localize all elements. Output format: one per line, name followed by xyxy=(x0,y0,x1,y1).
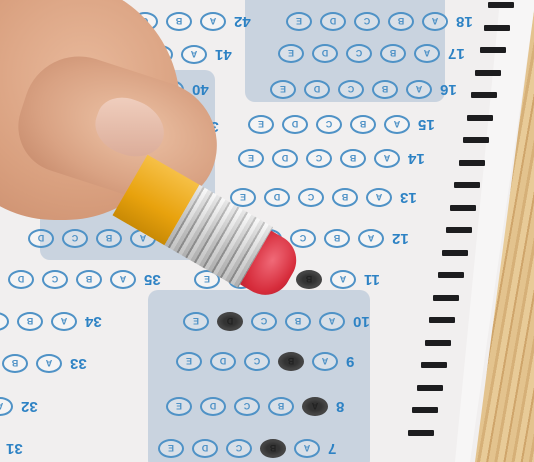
answer-bubble-e[interactable]: E xyxy=(286,12,312,31)
answer-bubble-c[interactable]: C xyxy=(226,439,252,458)
answer-bubble-a[interactable]: A xyxy=(0,397,13,416)
answer-bubble-b[interactable]: B xyxy=(332,188,358,207)
answer-bubble-c[interactable]: C xyxy=(251,312,277,331)
timing-mark xyxy=(484,25,510,31)
answer-bubble-b[interactable]: B xyxy=(17,312,43,331)
answer-bubble-b[interactable]: B xyxy=(350,115,376,134)
answer-bubble-d[interactable]: D xyxy=(200,397,226,416)
answer-bubble-b[interactable]: B xyxy=(372,80,398,99)
question-row-13: 13ABCDE xyxy=(222,188,422,207)
answer-bubble-b[interactable]: B xyxy=(380,44,406,63)
answer-bubble-b[interactable]: B xyxy=(296,270,322,289)
question-row-32: 32AB xyxy=(0,397,43,416)
timing-mark xyxy=(433,295,459,301)
answer-bubble-e[interactable]: E xyxy=(248,115,274,134)
timing-mark xyxy=(442,250,468,256)
timing-mark xyxy=(438,272,464,278)
answer-bubble-b[interactable]: B xyxy=(260,439,286,458)
answer-bubble-a[interactable]: A xyxy=(374,149,400,168)
question-number: 8 xyxy=(336,398,358,415)
answer-bubble-d[interactable]: D xyxy=(210,352,236,371)
question-number: 13 xyxy=(400,189,422,206)
answer-bubble-a[interactable]: A xyxy=(366,188,392,207)
timing-mark xyxy=(471,92,497,98)
question-number: 40 xyxy=(192,81,214,98)
answer-bubble-d[interactable]: D xyxy=(320,12,346,31)
question-number: 32 xyxy=(21,398,43,415)
answer-bubble-c[interactable]: C xyxy=(244,352,270,371)
question-row-7: 7ABCDE xyxy=(150,439,350,458)
timing-mark xyxy=(425,340,451,346)
answer-bubble-c[interactable]: C xyxy=(354,12,380,31)
answer-bubble-b[interactable]: B xyxy=(96,229,122,248)
question-number: 17 xyxy=(448,45,470,62)
timing-mark xyxy=(467,115,493,121)
answer-bubble-a[interactable]: A xyxy=(51,312,77,331)
question-number: 14 xyxy=(408,150,430,167)
timing-mark xyxy=(480,47,506,53)
answer-bubble-a[interactable]: A xyxy=(312,352,338,371)
timing-mark xyxy=(475,70,501,76)
question-row-31: 31AB xyxy=(0,439,28,458)
question-number: 34 xyxy=(85,313,107,330)
answer-bubble-d[interactable]: D xyxy=(28,229,54,248)
photo-scene: 18ABCDE17ABCDE16ABCDE15ABCDE14ABCDE13ABC… xyxy=(0,0,534,462)
timing-mark xyxy=(488,2,514,8)
question-number: 11 xyxy=(364,271,386,288)
question-row-35: 35ABCD xyxy=(0,270,166,289)
answer-bubble-c[interactable]: C xyxy=(338,80,364,99)
answer-bubble-b[interactable]: B xyxy=(324,229,350,248)
answer-bubble-a[interactable]: A xyxy=(358,229,384,248)
question-number: 15 xyxy=(418,116,440,133)
timing-mark xyxy=(450,205,476,211)
answer-bubble-a[interactable]: A xyxy=(294,439,320,458)
answer-bubble-d[interactable]: D xyxy=(8,270,34,289)
timing-mark xyxy=(446,227,472,233)
timing-mark xyxy=(454,182,480,188)
question-number: 33 xyxy=(70,355,92,372)
question-row-17: 17ABCDE xyxy=(270,44,470,63)
answer-bubble-e[interactable]: E xyxy=(278,44,304,63)
answer-bubble-b[interactable]: B xyxy=(76,270,102,289)
question-row-14: 14ABCDE xyxy=(230,149,430,168)
answer-bubble-a[interactable]: A xyxy=(181,45,207,64)
question-number: 42 xyxy=(234,13,256,30)
question-row-18: 18ABCDE xyxy=(278,12,478,31)
question-number: 12 xyxy=(392,230,414,247)
answer-bubble-c[interactable]: C xyxy=(316,115,342,134)
answer-bubble-b[interactable]: B xyxy=(388,12,414,31)
timing-mark xyxy=(421,362,447,368)
question-number: 10 xyxy=(353,313,375,330)
timing-mark xyxy=(463,137,489,143)
answer-bubble-d[interactable]: D xyxy=(217,312,243,331)
question-row-34: 34ABC xyxy=(0,312,107,331)
answer-bubble-c[interactable]: C xyxy=(42,270,68,289)
answer-bubble-c[interactable]: C xyxy=(306,149,332,168)
question-row-16: 16ABCDE xyxy=(262,80,462,99)
timing-mark xyxy=(459,160,485,166)
timing-mark xyxy=(412,407,438,413)
answer-bubble-d[interactable]: D xyxy=(264,188,290,207)
question-number: 31 xyxy=(6,440,28,457)
answer-bubble-d[interactable]: D xyxy=(192,439,218,458)
answer-bubble-a[interactable]: A xyxy=(422,12,448,31)
answer-bubble-c[interactable]: C xyxy=(234,397,260,416)
timing-mark xyxy=(408,430,434,436)
answer-bubble-a[interactable]: A xyxy=(200,12,226,31)
answer-bubble-e[interactable]: E xyxy=(158,439,184,458)
answer-bubble-c[interactable]: C xyxy=(298,188,324,207)
answer-bubble-a[interactable]: A xyxy=(110,270,136,289)
answer-bubble-b[interactable]: B xyxy=(166,12,192,31)
answer-bubble-c[interactable]: C xyxy=(62,229,88,248)
answer-bubble-e[interactable]: E xyxy=(270,80,296,99)
answer-bubble-e[interactable]: E xyxy=(183,312,209,331)
answer-bubble-a[interactable]: A xyxy=(330,270,356,289)
timing-mark xyxy=(417,385,443,391)
answer-bubble-d[interactable]: D xyxy=(312,44,338,63)
answer-bubble-b[interactable]: B xyxy=(268,397,294,416)
question-number: 9 xyxy=(346,353,368,370)
answer-bubble-b[interactable]: B xyxy=(285,312,311,331)
answer-bubble-d[interactable]: D xyxy=(272,149,298,168)
answer-bubble-e[interactable]: E xyxy=(238,149,264,168)
question-row-8: 8ABCDE xyxy=(158,397,358,416)
answer-bubble-d[interactable]: D xyxy=(282,115,308,134)
answer-bubble-e[interactable]: E xyxy=(166,397,192,416)
answer-bubble-b[interactable]: B xyxy=(340,149,366,168)
answer-bubble-e[interactable]: E xyxy=(176,352,202,371)
answer-bubble-a[interactable]: A xyxy=(36,354,62,373)
answer-bubble-a[interactable]: A xyxy=(302,397,328,416)
answer-bubble-a[interactable]: A xyxy=(384,115,410,134)
timing-mark xyxy=(429,317,455,323)
question-row-15: 15ABCDE xyxy=(240,115,440,134)
question-number: 41 xyxy=(215,46,237,63)
question-number: 35 xyxy=(144,271,166,288)
question-row-9: 9ABCDE xyxy=(168,352,368,371)
answer-bubble-a[interactable]: A xyxy=(319,312,345,331)
question-row-10: 10ABCDE xyxy=(175,312,375,331)
answer-bubble-c[interactable]: C xyxy=(346,44,372,63)
question-number: 16 xyxy=(440,81,462,98)
answer-bubble-b[interactable]: B xyxy=(278,352,304,371)
question-number: 18 xyxy=(456,13,478,30)
answer-bubble-b[interactable]: B xyxy=(2,354,28,373)
answer-bubble-a[interactable]: A xyxy=(414,44,440,63)
question-row-33: 33ABC xyxy=(0,354,92,373)
answer-bubble-c[interactable]: C xyxy=(0,312,9,331)
question-number: 7 xyxy=(328,440,350,457)
answer-bubble-a[interactable]: A xyxy=(406,80,432,99)
answer-bubble-d[interactable]: D xyxy=(304,80,330,99)
